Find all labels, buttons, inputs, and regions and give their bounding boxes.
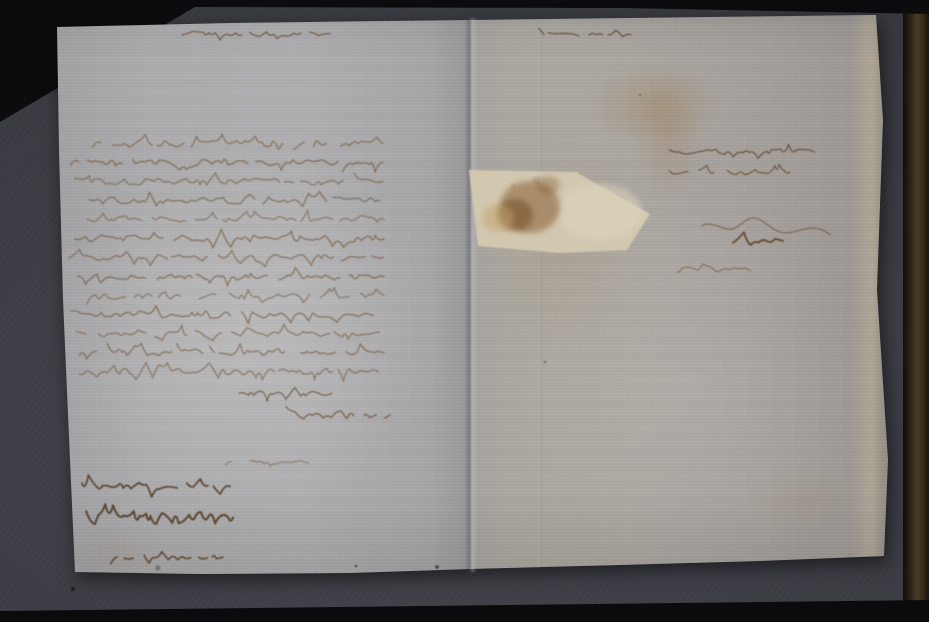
left-page-body-showthrough (69, 134, 384, 381)
ink-and-seal-layer (0, 0, 929, 622)
right-page-flourish-and-word (678, 218, 831, 272)
left-page-header-docket (182, 31, 330, 40)
dust-specks (71, 94, 642, 592)
wax-seal-remnant (469, 170, 650, 253)
right-page-address-showthrough (669, 145, 814, 175)
left-page-bottom-endorsements (82, 475, 233, 564)
right-page-header-docket (539, 28, 631, 37)
letter-bifolium (0, 0, 929, 622)
photograph-of-manuscript (0, 0, 929, 622)
left-page-dateline-1673 (226, 388, 390, 466)
